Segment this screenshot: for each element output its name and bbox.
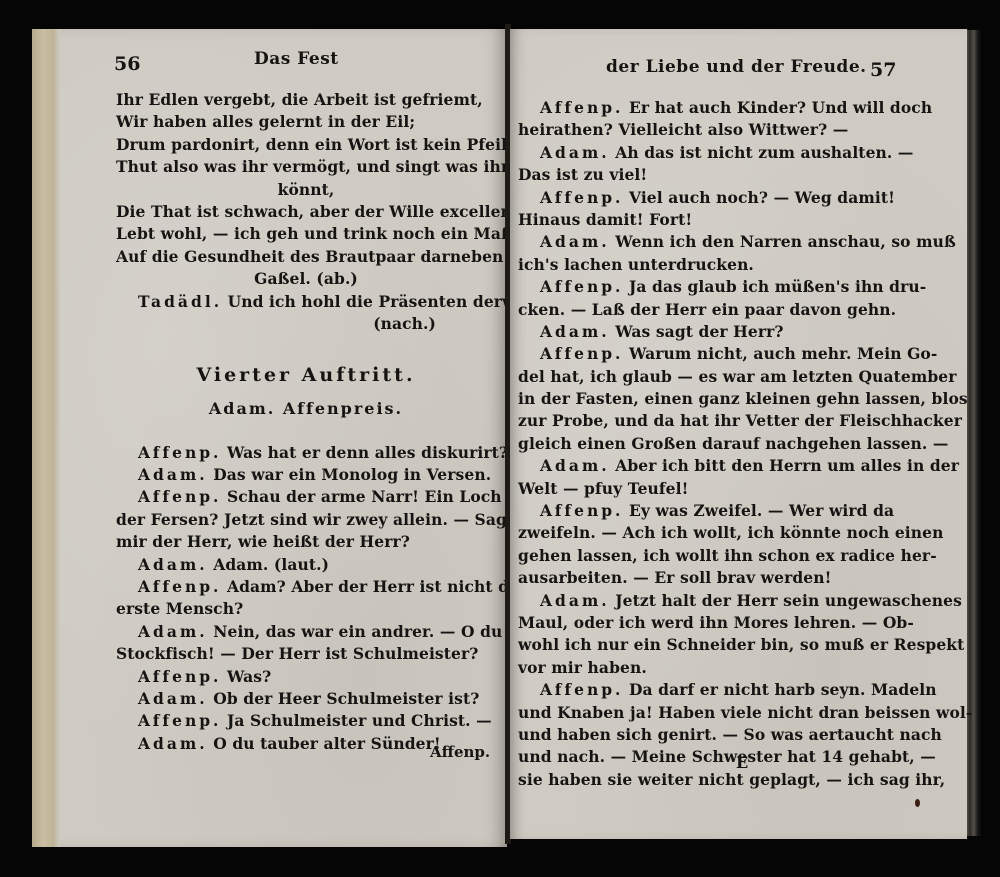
speech-continuation: wohl ich nur ein Schneider bin, so muß e…: [518, 634, 898, 656]
speech-continuation: heirathen? Vielleicht also Wittwer? —: [518, 119, 898, 141]
page-number-left: 56: [114, 53, 140, 75]
spacer: [116, 335, 496, 357]
right-text-block: Affenp. Er hat auch Kinder? Und will doc…: [518, 97, 898, 791]
speech-line: Affenp. Was?: [116, 666, 496, 688]
verse-line: Gaßel. (ab.): [116, 268, 496, 290]
speech-continuation: der Fersen? Jetzt sind wir zwey allein. …: [116, 509, 496, 531]
verse-line: Thut also was ihr vermögt, und singt was…: [116, 156, 496, 178]
speech-line: Adam. Was sagt der Herr?: [518, 321, 898, 343]
speech-continuation: sie haben sie weiter nicht geplagt, — ic…: [518, 769, 898, 791]
speech-line: Adam. Adam. (laut.): [116, 554, 496, 576]
speech-continuation: Welt — pfuy Teufel!: [518, 478, 898, 500]
running-head-right: der Liebe und der Freude.: [606, 57, 867, 77]
verse-line: Die That ist schwach, aber der Wille exc…: [116, 201, 496, 223]
verse-line: Lebt wohl, — ich geh und trink noch ein …: [116, 223, 496, 245]
verse-line: Wir haben alles gelernt in der Eil;: [116, 111, 496, 133]
running-head-left: Das Fest: [254, 49, 339, 69]
speech-continuation: cken. — Laß der Herr ein paar davon gehn…: [518, 299, 898, 321]
speech-continuation: ausarbeiten. — Er soll brav werden!: [518, 567, 898, 589]
speech-line: Affenp. Da darf er nicht harb seyn. Made…: [518, 679, 898, 701]
page-number-right: 57: [870, 59, 896, 81]
speech-line: Adam. Ob der Heer Schulmeister ist?: [116, 688, 496, 710]
catchword: Affenp.: [430, 743, 490, 761]
ink-spot: [915, 799, 920, 807]
verse-line: könnt,: [116, 179, 496, 201]
speech-continuation: und nach. — Meine Schwester hat 14 gehab…: [518, 746, 898, 768]
speech-line: Adam. Wenn ich den Narren anschau, so mu…: [518, 231, 898, 253]
speech-line: Affenp. Was hat er denn alles diskurirt?: [116, 442, 496, 464]
verse-line: Ihr Edlen vergebt, die Arbeit ist gefrie…: [116, 89, 496, 111]
speech-continuation: Das ist zu viel!: [518, 164, 898, 186]
speech-line: Adam. Aber ich bitt den Herrn um alles i…: [518, 455, 898, 477]
speech-line: Affenp. Warum nicht, auch mehr. Mein Go-: [518, 343, 898, 365]
speech-line: Adam. Das war ein Monolog in Versen.: [116, 464, 496, 486]
scene-heading: Vierter Auftritt.: [116, 358, 496, 392]
speech-continuation: vor mir haben.: [518, 657, 898, 679]
speech-line: Adam. Jetzt halt der Herr sein ungewasch…: [518, 590, 898, 612]
speech-continuation: Stockfisch! — Der Herr ist Schulmeister?: [116, 643, 496, 665]
speech-line: Affenp. Ja das glaub ich müßen's ihn dru…: [518, 276, 898, 298]
speech-line: Affenp. Schau der arme Narr! Ein Loch in: [116, 486, 496, 508]
speech-continuation: und Knaben ja! Haben viele nicht dran be…: [518, 702, 898, 724]
left-page: 56 Das Fest Ihr Edlen vergebt, die Arbei…: [32, 29, 507, 847]
speech-continuation: Maul, oder ich werd ihn Mores lehren. — …: [518, 612, 898, 634]
speaker-name: Tadädl.: [138, 292, 222, 311]
speech-line: Adam. Ah das ist nicht zum aushalten. —: [518, 142, 898, 164]
speech-line: Affenp. Adam? Aber der Herr ist nicht de…: [116, 576, 496, 598]
signature-mark: E: [736, 753, 748, 772]
speech-continuation: gehen lassen, ich wollt ihn schon ex rad…: [518, 545, 898, 567]
speech-continuation: gleich einen Großen darauf nachgehen las…: [518, 433, 898, 455]
stage-direction: (nach.): [116, 313, 496, 335]
speech-line: Affenp. Viel auch noch? — Weg damit!: [518, 187, 898, 209]
speech-line: Affenp. Ja Schulmeister und Christ. —: [116, 710, 496, 732]
speech-line: Affenp. Ey was Zweifel. — Wer wird da: [518, 500, 898, 522]
speech-continuation: zur Probe, und da hat ihr Vetter der Fle…: [518, 410, 898, 432]
cast-list: Adam. Affenpreis.: [116, 392, 496, 442]
left-text-block: Ihr Edlen vergebt, die Arbeit ist gefrie…: [116, 89, 496, 755]
speech-continuation: zweifeln. — Ach ich wollt, ich könnte no…: [518, 522, 898, 544]
speech-line: Affenp. Er hat auch Kinder? Und will doc…: [518, 97, 898, 119]
speech-continuation: erste Mensch?: [116, 598, 496, 620]
page-edge-tint: [32, 29, 60, 847]
verse-line: Auf die Gesundheit des Brautpaar darnebe…: [116, 246, 496, 268]
speech-continuation: und haben sich genirt. — So was aertauch…: [518, 724, 898, 746]
speech-line: Adam. Nein, das war ein andrer. — O du: [116, 621, 496, 643]
speech-continuation: mir der Herr, wie heißt der Herr?: [116, 531, 496, 553]
speech-continuation: ich's lachen unterdrucken.: [518, 254, 898, 276]
speech-continuation: Hinaus damit! Fort!: [518, 209, 898, 231]
speech-line: Tadädl. Und ich hohl die Präsenten derwe…: [116, 291, 496, 313]
right-page: der Liebe und der Freude. 57 Affenp. Er …: [510, 29, 967, 839]
speech-continuation: in der Fasten, einen ganz kleinen gehn l…: [518, 388, 898, 410]
verse-line: Drum pardonirt, denn ein Wort ist kein P…: [116, 134, 496, 156]
speech-continuation: del hat, ich glaub — es war am letzten Q…: [518, 366, 898, 388]
